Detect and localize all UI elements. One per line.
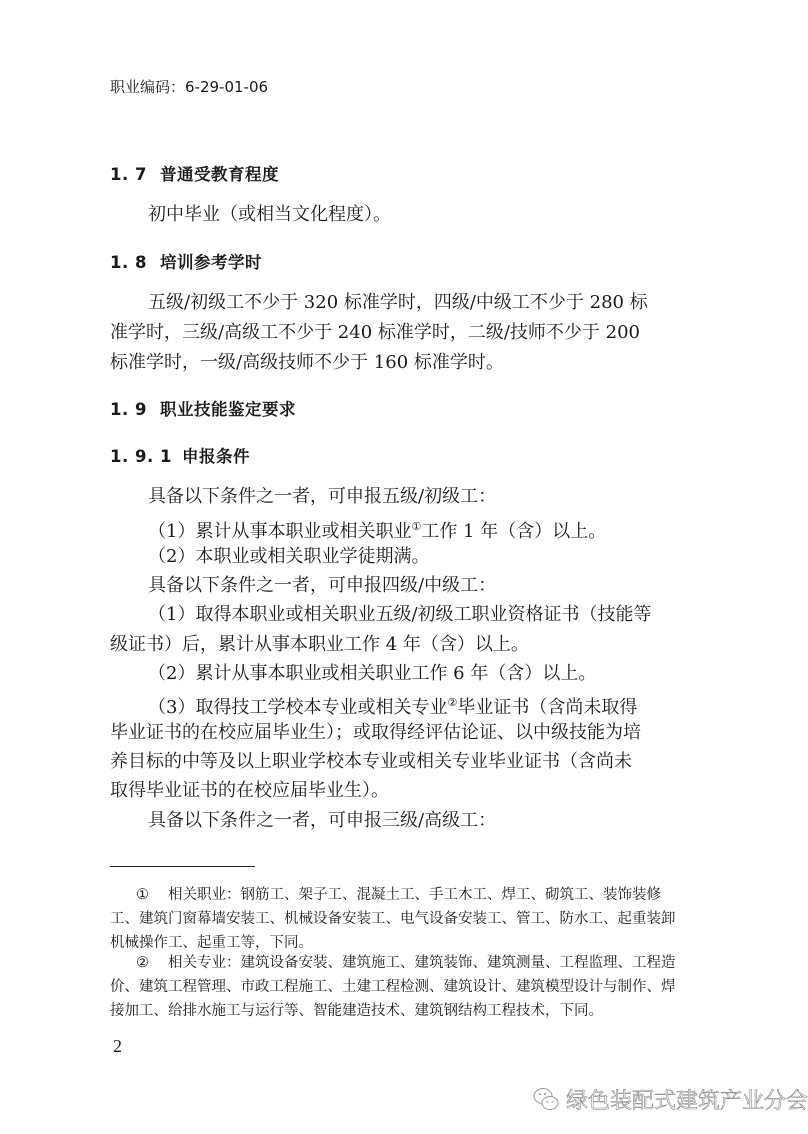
level4-item-3-line3: 养目标的中等及以上职业学校本专业或相关专业毕业证书（含尚未	[110, 747, 632, 777]
section-title: 职业技能鉴定要求	[160, 396, 296, 420]
section-number: 1. 7	[110, 165, 160, 184]
section-title: 申报条件	[182, 443, 250, 467]
level5-item-2: （2）本职业或相关职业学徒期满。	[148, 542, 429, 572]
section-title: 培训参考学时	[160, 249, 262, 273]
watermark-text: 绿色装配式建筑产业分会	[566, 1084, 808, 1115]
level4-intro: 具备以下条件之一者，可申报四级/中级工：	[148, 571, 496, 601]
section-heading-1-8: 1. 8培训参考学时	[110, 249, 262, 273]
section-number: 1. 9	[110, 400, 160, 419]
footnote-ref-1[interactable]: ①	[411, 520, 421, 533]
page-number: 2	[113, 1036, 122, 1057]
section-title: 普通受教育程度	[160, 161, 279, 185]
footnote-2-line1: ②相关专业：建筑设备安装、建筑施工、建筑装饰、建筑测量、工程监理、工程造	[136, 950, 676, 976]
paragraph-hours-line2: 准学时，三级/高级工不少于 240 标准学时，二级/技师不少于 200	[110, 318, 640, 348]
level3-intro: 具备以下条件之一者，可申报三级/高级工：	[148, 806, 496, 836]
level4-item-2: （2）累计从事本职业或相关职业工作 6 年（含）以上。	[148, 659, 596, 689]
paragraph-hours-line1: 五级/初级工不少于 320 标准学时，四级/中级工不少于 280 标	[148, 288, 648, 318]
level4-item-1-line1: （1）取得本职业或相关职业五级/初级工职业资格证书（技能等	[148, 600, 652, 630]
footnote-ref-2[interactable]: ②	[447, 696, 457, 709]
section-number: 1. 8	[110, 253, 160, 272]
paragraph-education: 初中毕业（或相当文化程度）。	[148, 200, 391, 230]
level4-item-1-line2: 级证书）后，累计从事本职业工作 4 年（含）以上。	[110, 630, 529, 660]
footnote-mark: ②	[136, 950, 168, 976]
footnote-1-line1: ①相关职业：钢筋工、架子工、混凝土工、手工木工、焊工、砌筑工、装饰装修	[136, 882, 661, 908]
occupation-code: 职业编码：6-29-01-06	[110, 76, 268, 97]
footnote-divider	[110, 866, 255, 867]
watermark: 绿色装配式建筑产业分会	[532, 1084, 808, 1115]
wechat-icon	[532, 1085, 562, 1115]
footnote-2-line3: 接加工、给排水施工与运行等、智能建造技术、建筑钢结构工程技术，下同。	[110, 998, 603, 1024]
paragraph-hours-line3: 标准学时，一级/高级技师不少于 160 标准学时。	[110, 348, 504, 378]
section-number: 1. 9. 1	[110, 447, 182, 466]
section-heading-1-9: 1. 9职业技能鉴定要求	[110, 396, 296, 420]
footnote-1-line2: 工、建筑门窗幕墙安装工、机械设备安装工、电气设备安装工、管工、防水工、起重装卸	[110, 906, 676, 932]
section-heading-1-7: 1. 7普通受教育程度	[110, 161, 279, 185]
level4-item-3-line4: 取得毕业证书的在校应届毕业生）。	[110, 776, 389, 806]
footnote-mark: ①	[136, 882, 168, 908]
level5-intro: 具备以下条件之一者，可申报五级/初级工：	[148, 482, 496, 512]
footnote-2-line2: 价、建筑工程管理、市政工程施工、土建工程检测、建筑设计、建筑模型设计与制作、焊	[110, 974, 676, 1000]
section-heading-1-9-1: 1. 9. 1申报条件	[110, 443, 250, 467]
level4-item-3-line2: 毕业证书的在校应届毕业生）；或取得经评估论证、以中级技能为培	[110, 718, 641, 748]
